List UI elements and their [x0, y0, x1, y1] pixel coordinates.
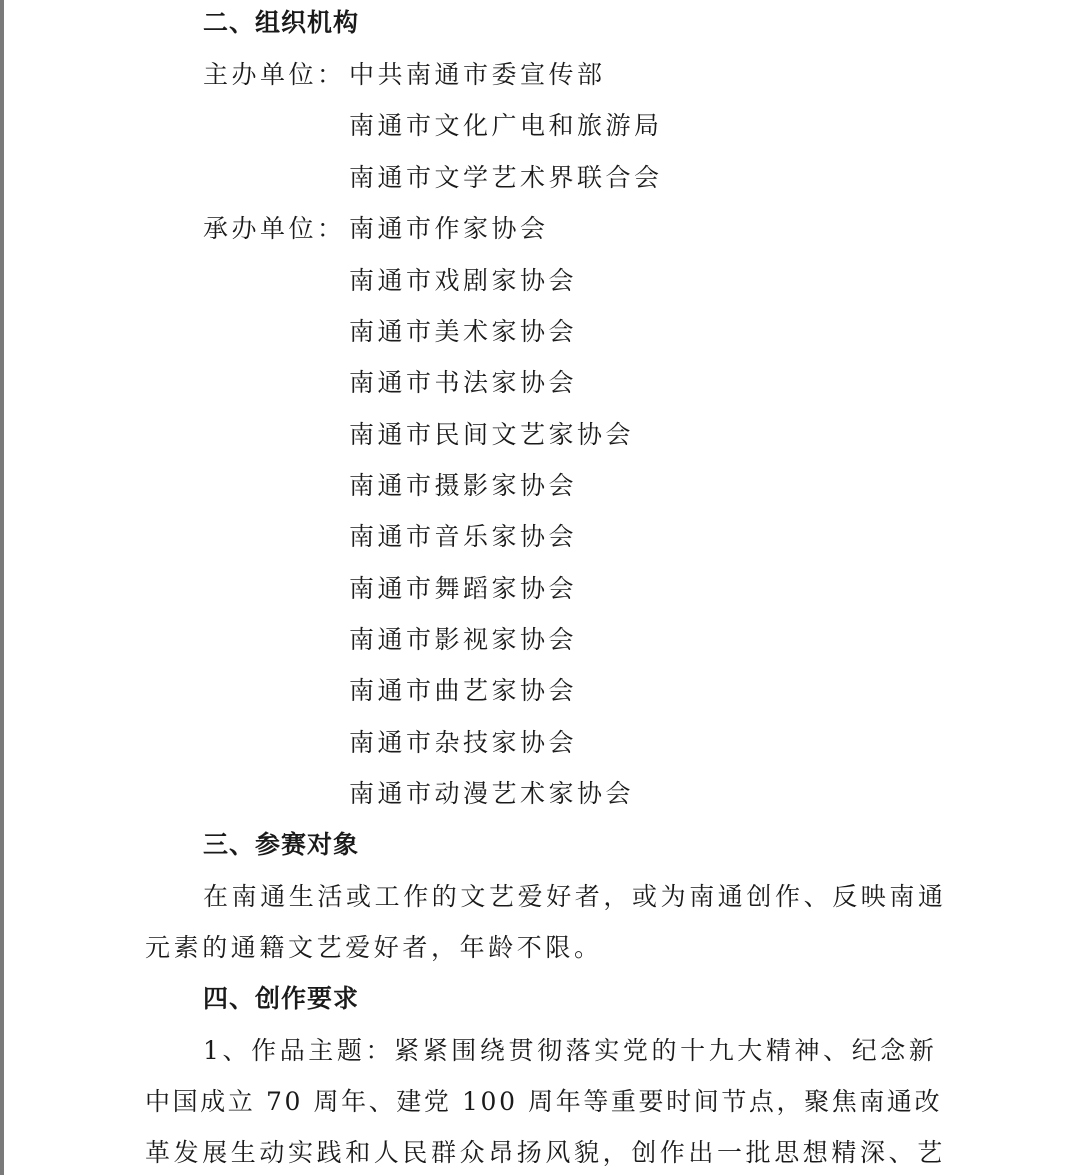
undertakers-label: 承办单位： — [203, 212, 349, 246]
organizer-item: 南通市文学艺术界联合会 — [349, 161, 663, 195]
organizer-item: 南通市文化广电和旅游局 — [349, 109, 663, 143]
section-heading-requirements: 四、创作要求 — [203, 982, 359, 1016]
undertaker-item: 南通市音乐家协会 — [349, 520, 577, 554]
organizer-item: 中共南通市委宣传部 — [349, 60, 606, 89]
undertaker-item: 南通市民间文艺家协会 — [349, 418, 634, 452]
undertaker-item: 南通市作家协会 — [349, 214, 549, 243]
document-page: 二、组织机构 主办单位：中共南通市委宣传部 南通市文化广电和旅游局 南通市文学艺… — [0, 0, 1074, 1175]
undertaker-item: 南通市曲艺家协会 — [349, 674, 577, 708]
undertaker-item: 南通市书法家协会 — [349, 366, 577, 400]
undertaker-item: 南通市戏剧家协会 — [349, 264, 577, 298]
paragraph-line: 1、作品主题：紧紧围绕贯彻落实党的十九大精神、纪念新 — [203, 1034, 938, 1068]
section-heading-organization: 二、组织机构 — [203, 6, 359, 40]
paragraph-line: 元素的通籍文艺爱好者，年龄不限。 — [145, 931, 603, 965]
undertaker-item: 南通市摄影家协会 — [349, 469, 577, 503]
paragraph-line: 在南通生活或工作的文艺爱好者，或为南通创作、反映南通 — [203, 880, 947, 914]
undertaker-item: 南通市影视家协会 — [349, 623, 577, 657]
paragraph-line: 中国成立 70 周年、建党 100 周年等重要时间节点，聚焦南通改 — [145, 1085, 942, 1119]
organizers-label: 主办单位： — [203, 58, 349, 92]
undertaker-item: 南通市美术家协会 — [349, 315, 577, 349]
undertaker-item: 南通市舞蹈家协会 — [349, 572, 577, 606]
undertaker-row: 承办单位：南通市作家协会 — [203, 212, 549, 246]
undertaker-item: 南通市杂技家协会 — [349, 726, 577, 760]
section-heading-participants: 三、参赛对象 — [203, 828, 359, 862]
organizer-row: 主办单位：中共南通市委宣传部 — [203, 58, 606, 92]
undertaker-item: 南通市动漫艺术家协会 — [349, 777, 634, 811]
paragraph-line: 革发展生动实践和人民群众昂扬风貌，创作出一批思想精深、艺 — [145, 1136, 946, 1170]
